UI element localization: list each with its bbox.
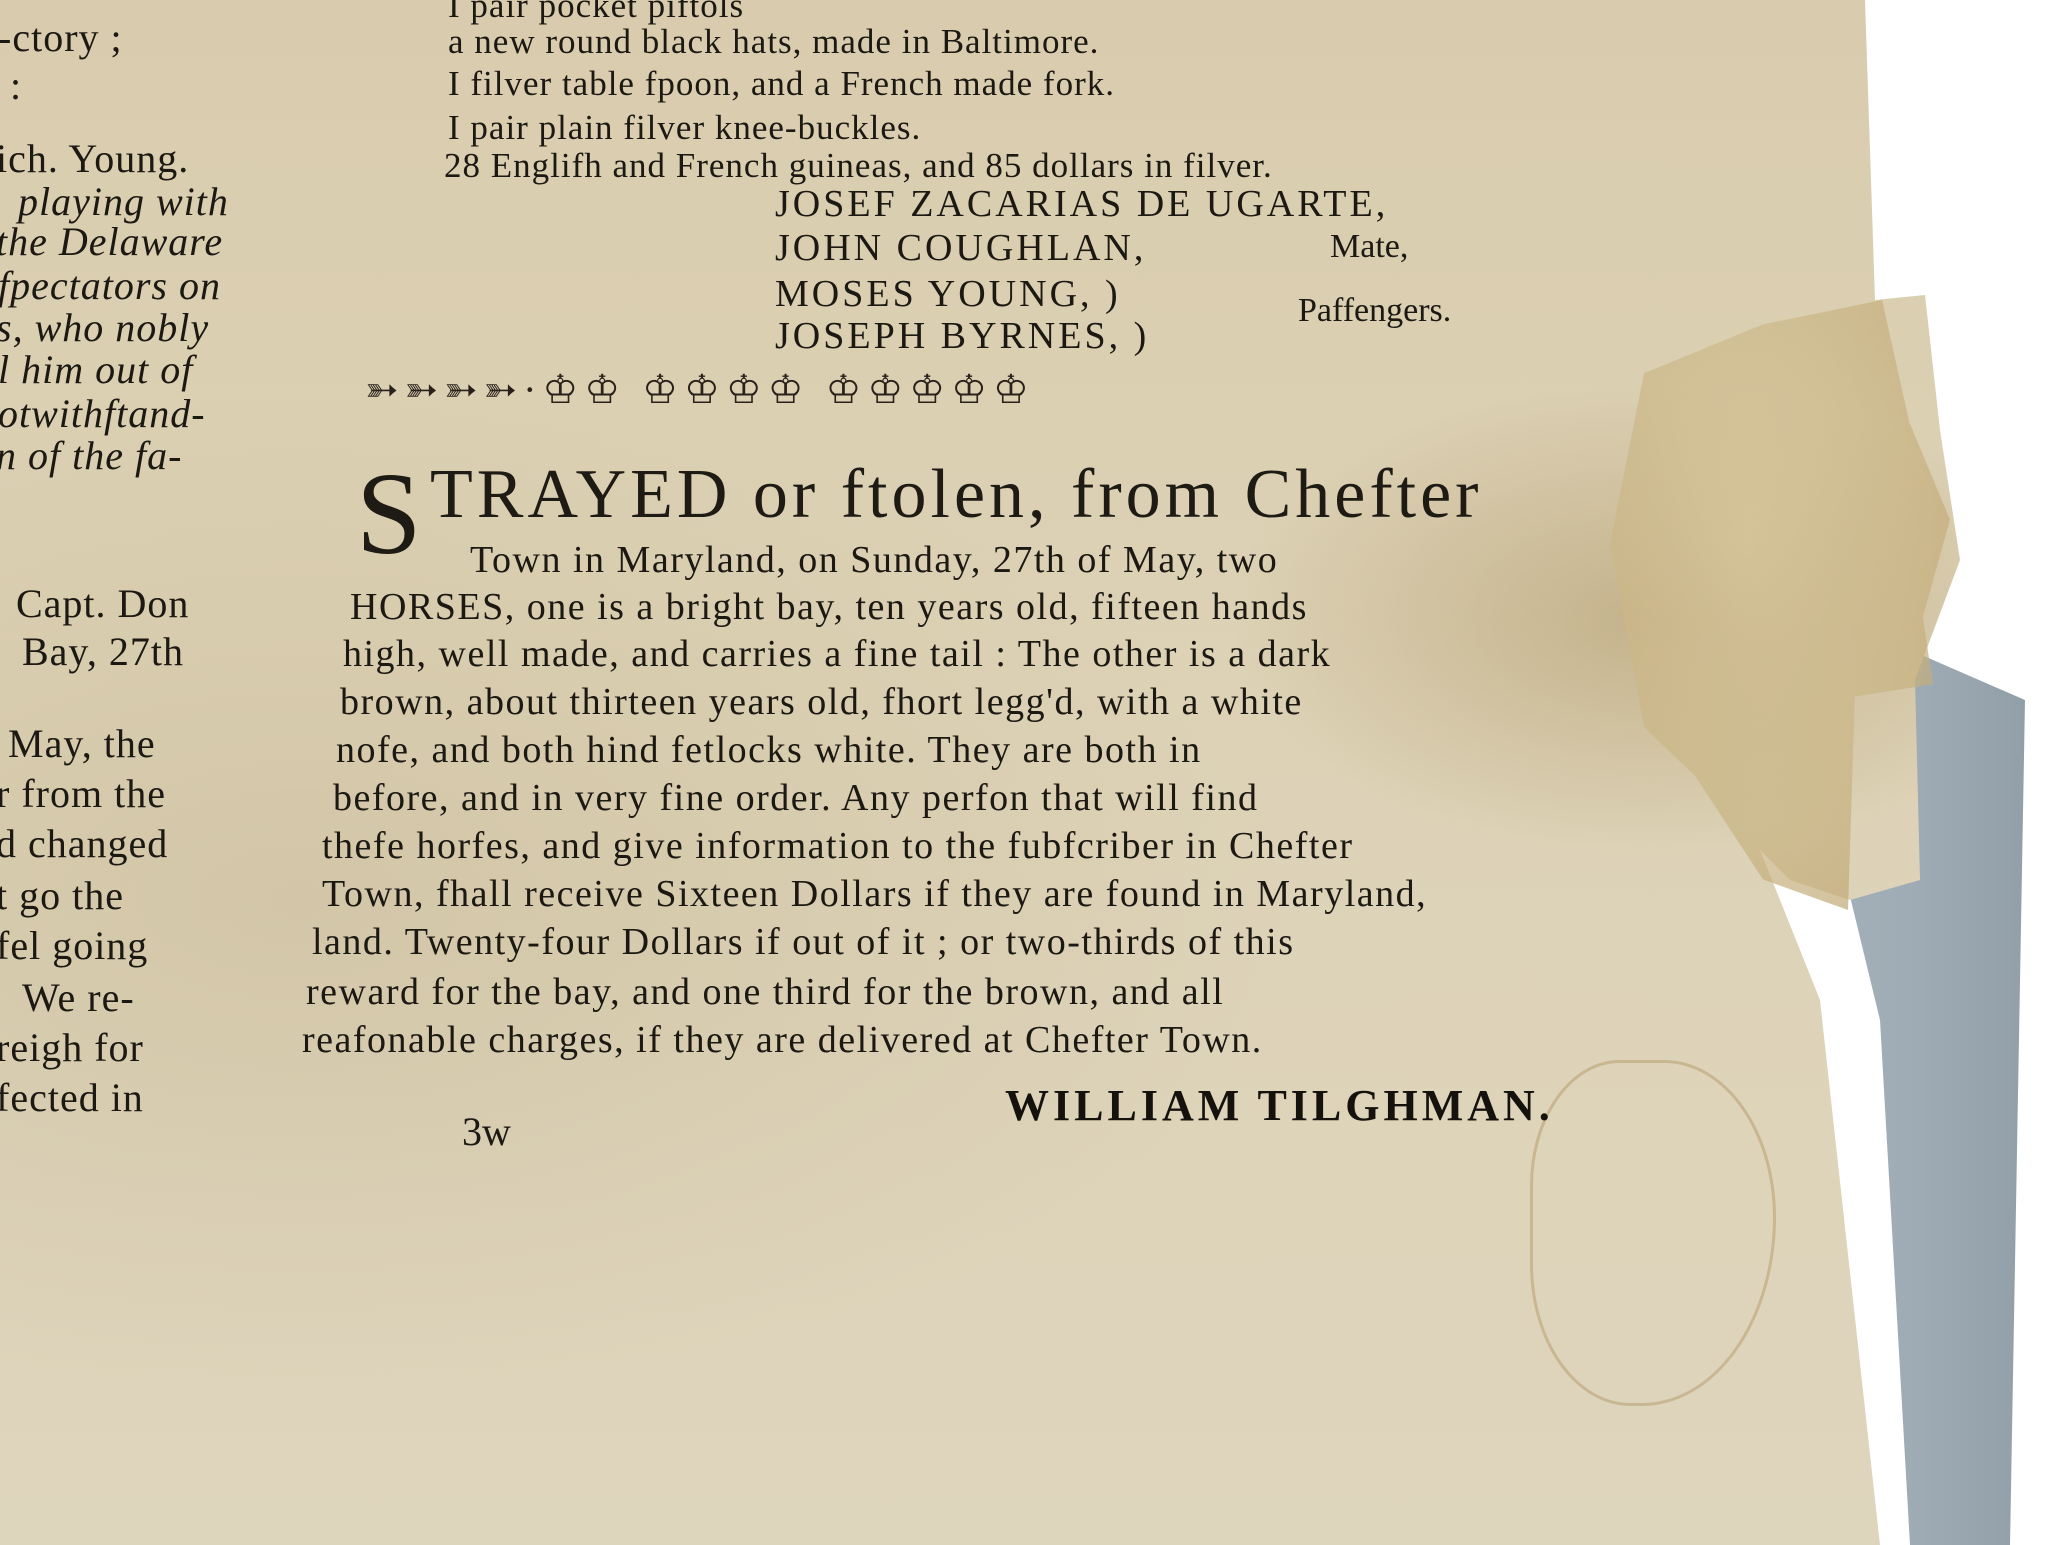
left-line: the Delaware: [0, 218, 223, 265]
ad-body-line: HORSES, one is a bright bay, ten years o…: [350, 585, 1308, 629]
drop-cap: S: [356, 455, 422, 573]
left-line: n of the fa-: [0, 432, 182, 479]
ad-body-line: Town in Maryland, on Sunday, 27th of May…: [470, 538, 1278, 582]
left-line: May, the: [8, 720, 156, 767]
left-line: Capt. Don: [16, 580, 189, 627]
left-column-fragment: -ctory ; : ich. Young. playing with the …: [0, 0, 310, 1150]
left-line: s, who nobly: [0, 304, 209, 351]
left-line: fpectators on: [0, 262, 221, 309]
left-line: t go the: [0, 872, 124, 919]
left-line: r from the: [0, 770, 166, 817]
inventory-line: I filver table fpoon, and a French made …: [448, 64, 1115, 104]
ad-body-line: thefe horfes, and give information to th…: [322, 824, 1354, 868]
left-line: fected in: [0, 1074, 144, 1121]
ad-body-line: land. Twenty-four Dollars if out of it ;…: [312, 920, 1295, 964]
left-line: l him out of: [0, 346, 193, 393]
signer-role: Paffengers.: [1298, 292, 1451, 330]
ad-body-line: Town, fhall receive Sixteen Dollars if t…: [322, 872, 1427, 916]
ad-body-line: reafonable charges, if they are delivere…: [302, 1018, 1263, 1062]
inventory-line: 28 Englifh and French guineas, and 85 do…: [444, 146, 1273, 186]
left-line: ich. Young.: [0, 135, 189, 182]
ad-signature: WILLIAM TILGHMAN.: [1005, 1080, 1554, 1131]
ad-body-line: nofe, and both hind fetlocks white. They…: [336, 728, 1202, 772]
ad-headline: TRAYED or ftolen, from Chefter: [430, 455, 1483, 535]
left-line: fel going: [0, 922, 148, 969]
ad-body-line: before, and in very fine order. Any perf…: [333, 776, 1258, 820]
ad-body-line: reward for the bay, and one third for th…: [306, 970, 1224, 1014]
inventory-line: a new round black hats, made in Baltimor…: [448, 22, 1099, 62]
left-line: Bay, 27th: [22, 628, 184, 675]
issue-mark: 3w: [462, 1108, 511, 1155]
inventory-line: I pair plain filver knee-buckles.: [448, 108, 921, 148]
signer-name: JOHN COUGHLAN,: [775, 226, 1146, 270]
left-line: otwithftand-: [0, 390, 206, 437]
left-line: d changed: [0, 820, 168, 867]
signer-name: JOSEF ZACARIAS DE UGARTE,: [775, 182, 1388, 226]
left-line: reigh for: [0, 1024, 144, 1071]
ornamental-divider: ➳➳➳➳·♔♔ ♔♔♔♔ ♔♔♔♔♔: [365, 366, 1035, 413]
signer-name: JOSEPH BYRNES, ): [775, 314, 1149, 358]
left-line: -ctory ;: [0, 14, 123, 61]
left-line: :: [10, 62, 22, 109]
left-line: We re-: [22, 974, 135, 1021]
ad-body-line: high, well made, and carries a fine tail…: [343, 632, 1331, 676]
signer-role: Mate,: [1330, 228, 1408, 266]
signer-name: MOSES YOUNG, ): [775, 272, 1121, 316]
ad-body-line: brown, about thirteen years old, fhort l…: [340, 680, 1303, 724]
